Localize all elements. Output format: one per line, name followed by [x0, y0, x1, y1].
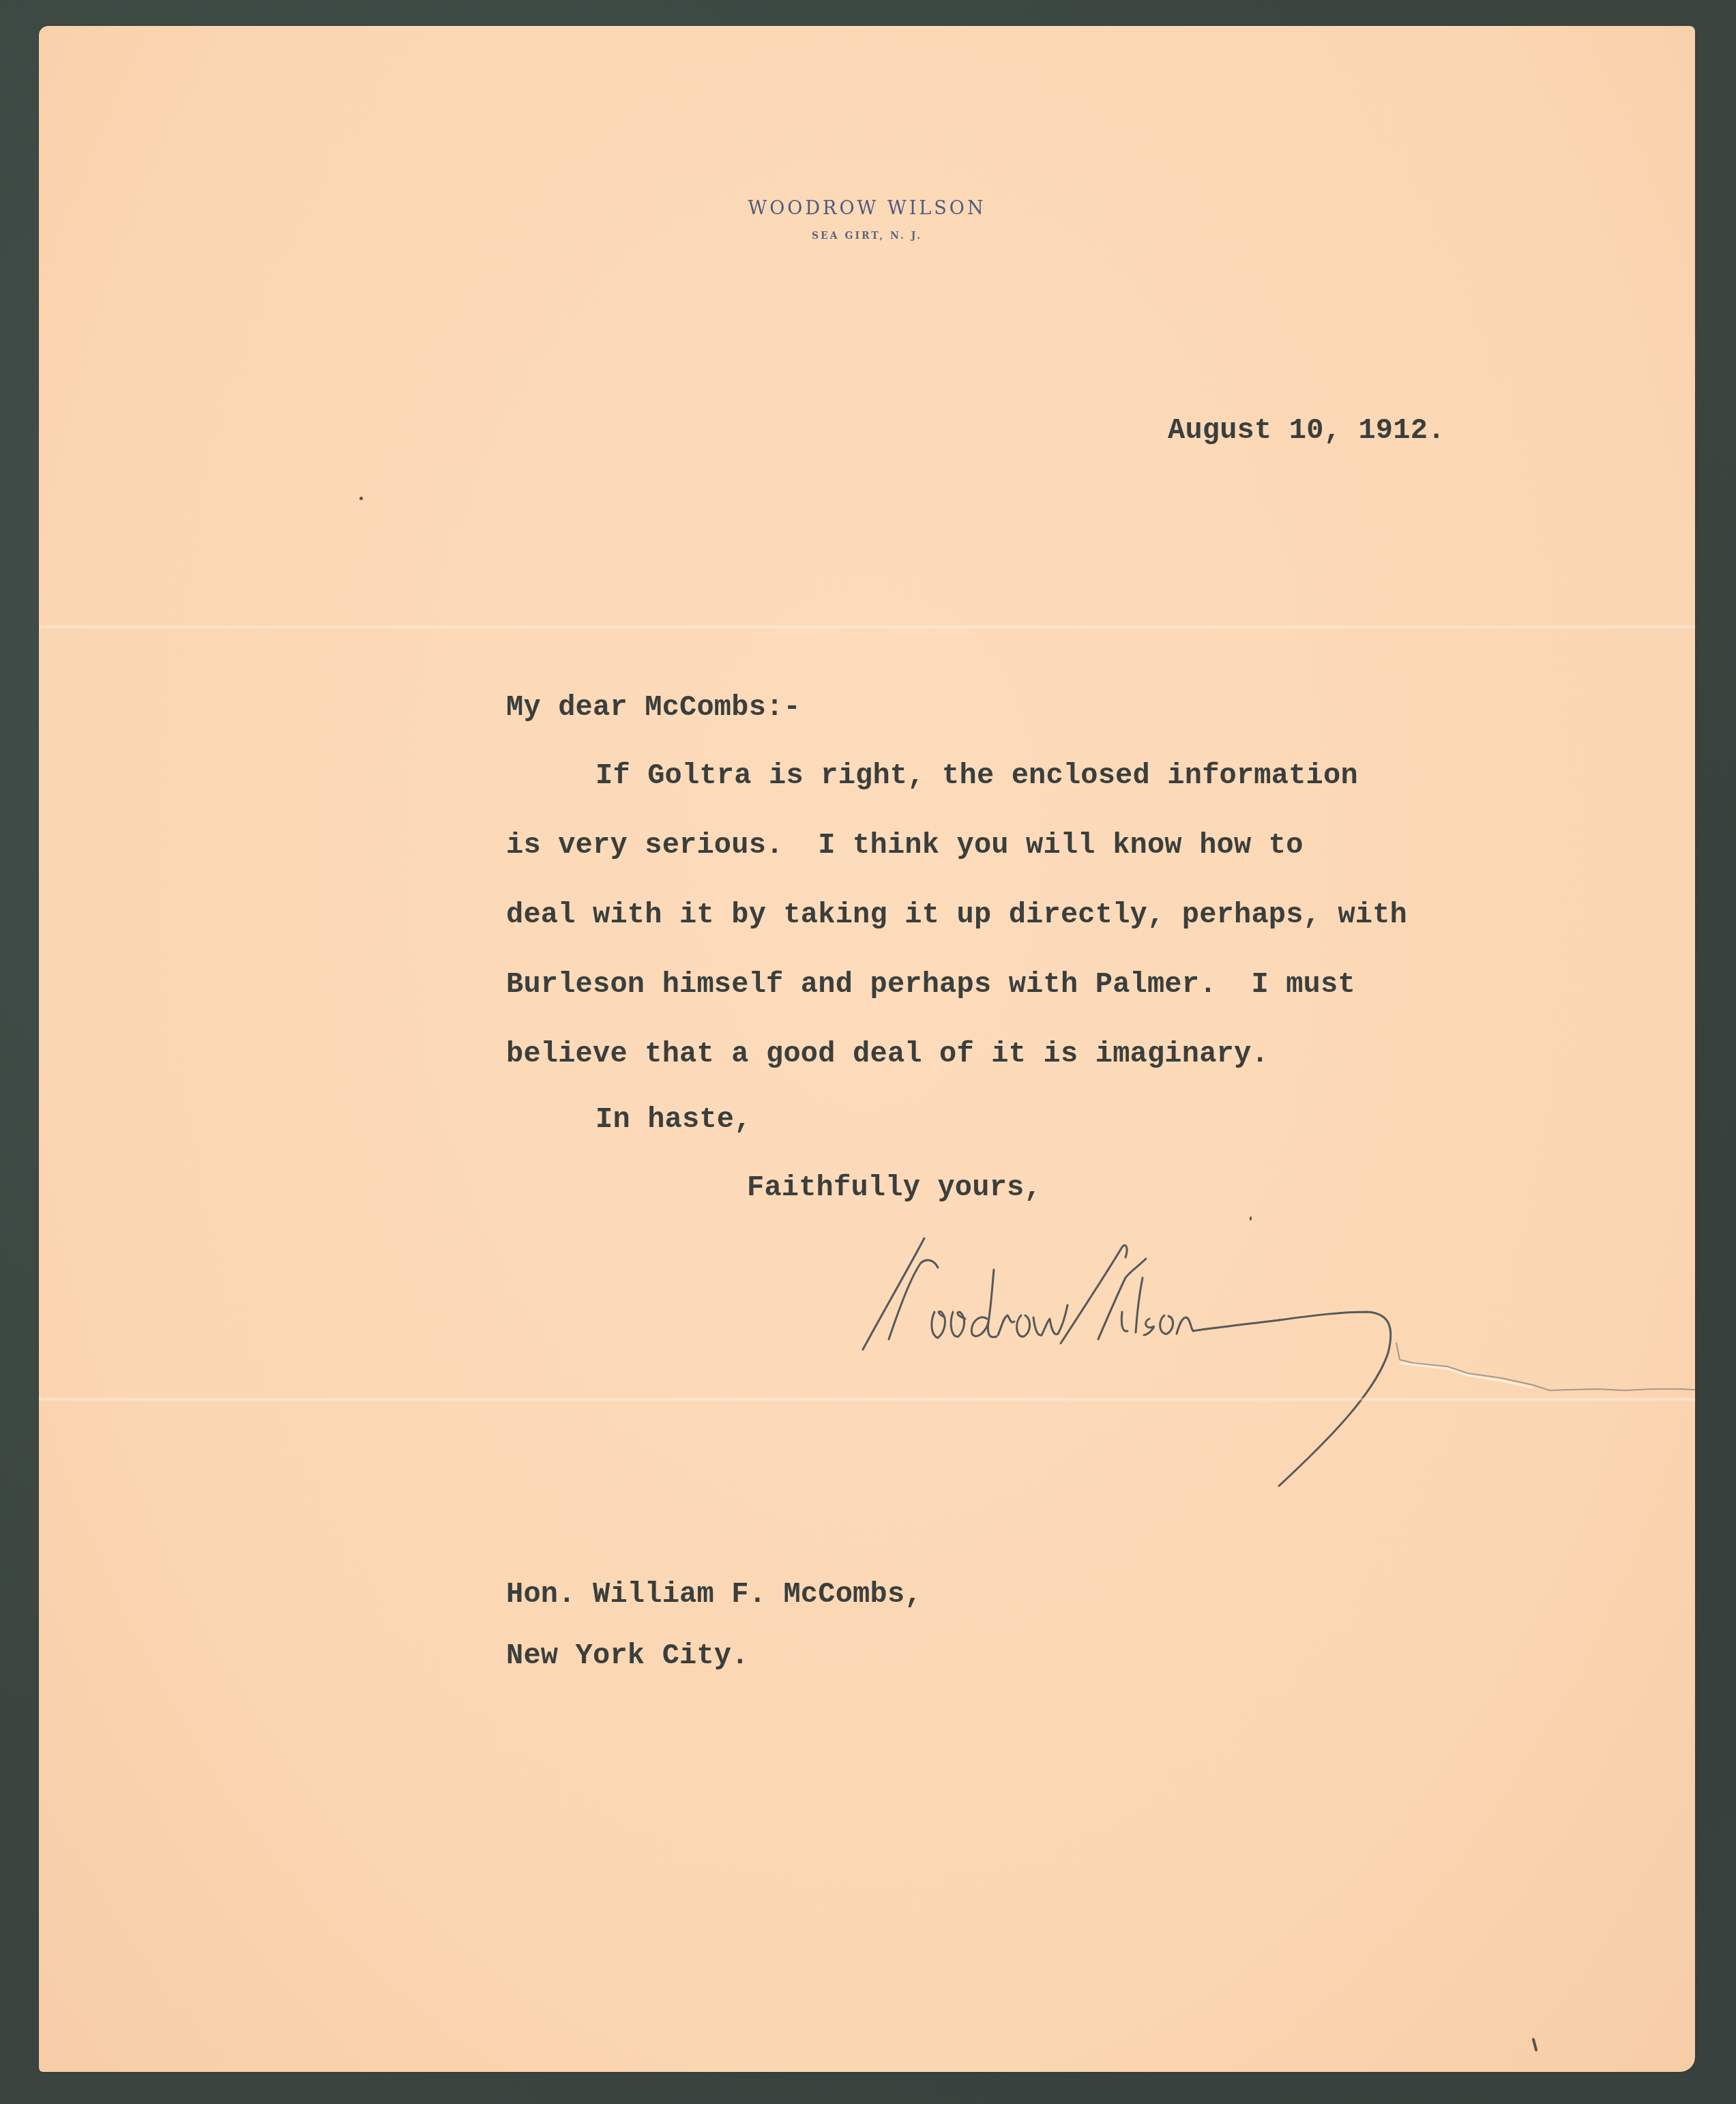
complimentary-close: Faithfully yours,: [747, 1173, 1042, 1202]
body-line: is very serious. I think you will know h…: [506, 831, 1304, 860]
paper-speck: [1531, 2038, 1538, 2051]
salutation: My dear McCombs:-: [506, 693, 801, 722]
pre-close: In haste,: [595, 1105, 752, 1134]
recipient-city: New York City.: [506, 1641, 749, 1670]
lower-fold-line: [39, 1397, 1695, 1401]
paper-speck: [1250, 1216, 1252, 1221]
letter-page: WOODROW WILSON SEA GIRT, N. J. August 10…: [39, 26, 1695, 2072]
paper-speck: [359, 497, 363, 500]
letterhead-place: SEA GIRT, N. J.: [39, 231, 1695, 242]
upper-fold-line: [39, 625, 1695, 629]
letterhead-name: WOODROW WILSON: [39, 198, 1695, 219]
recipient-name: Hon. William F. McCombs,: [506, 1580, 922, 1609]
body-line: deal with it by taking it up directly, p…: [506, 901, 1407, 929]
letter-date: August 10, 1912.: [1168, 416, 1445, 445]
signature-woodrow-wilson: [836, 1210, 1463, 1496]
body-line: believe that a good deal of it is imagin…: [506, 1040, 1269, 1068]
body-line: Burleson himself and perhaps with Palmer…: [506, 970, 1355, 999]
paper-tear: [1393, 1336, 1696, 1397]
body-line: If Goltra is right, the enclosed informa…: [595, 761, 1358, 790]
